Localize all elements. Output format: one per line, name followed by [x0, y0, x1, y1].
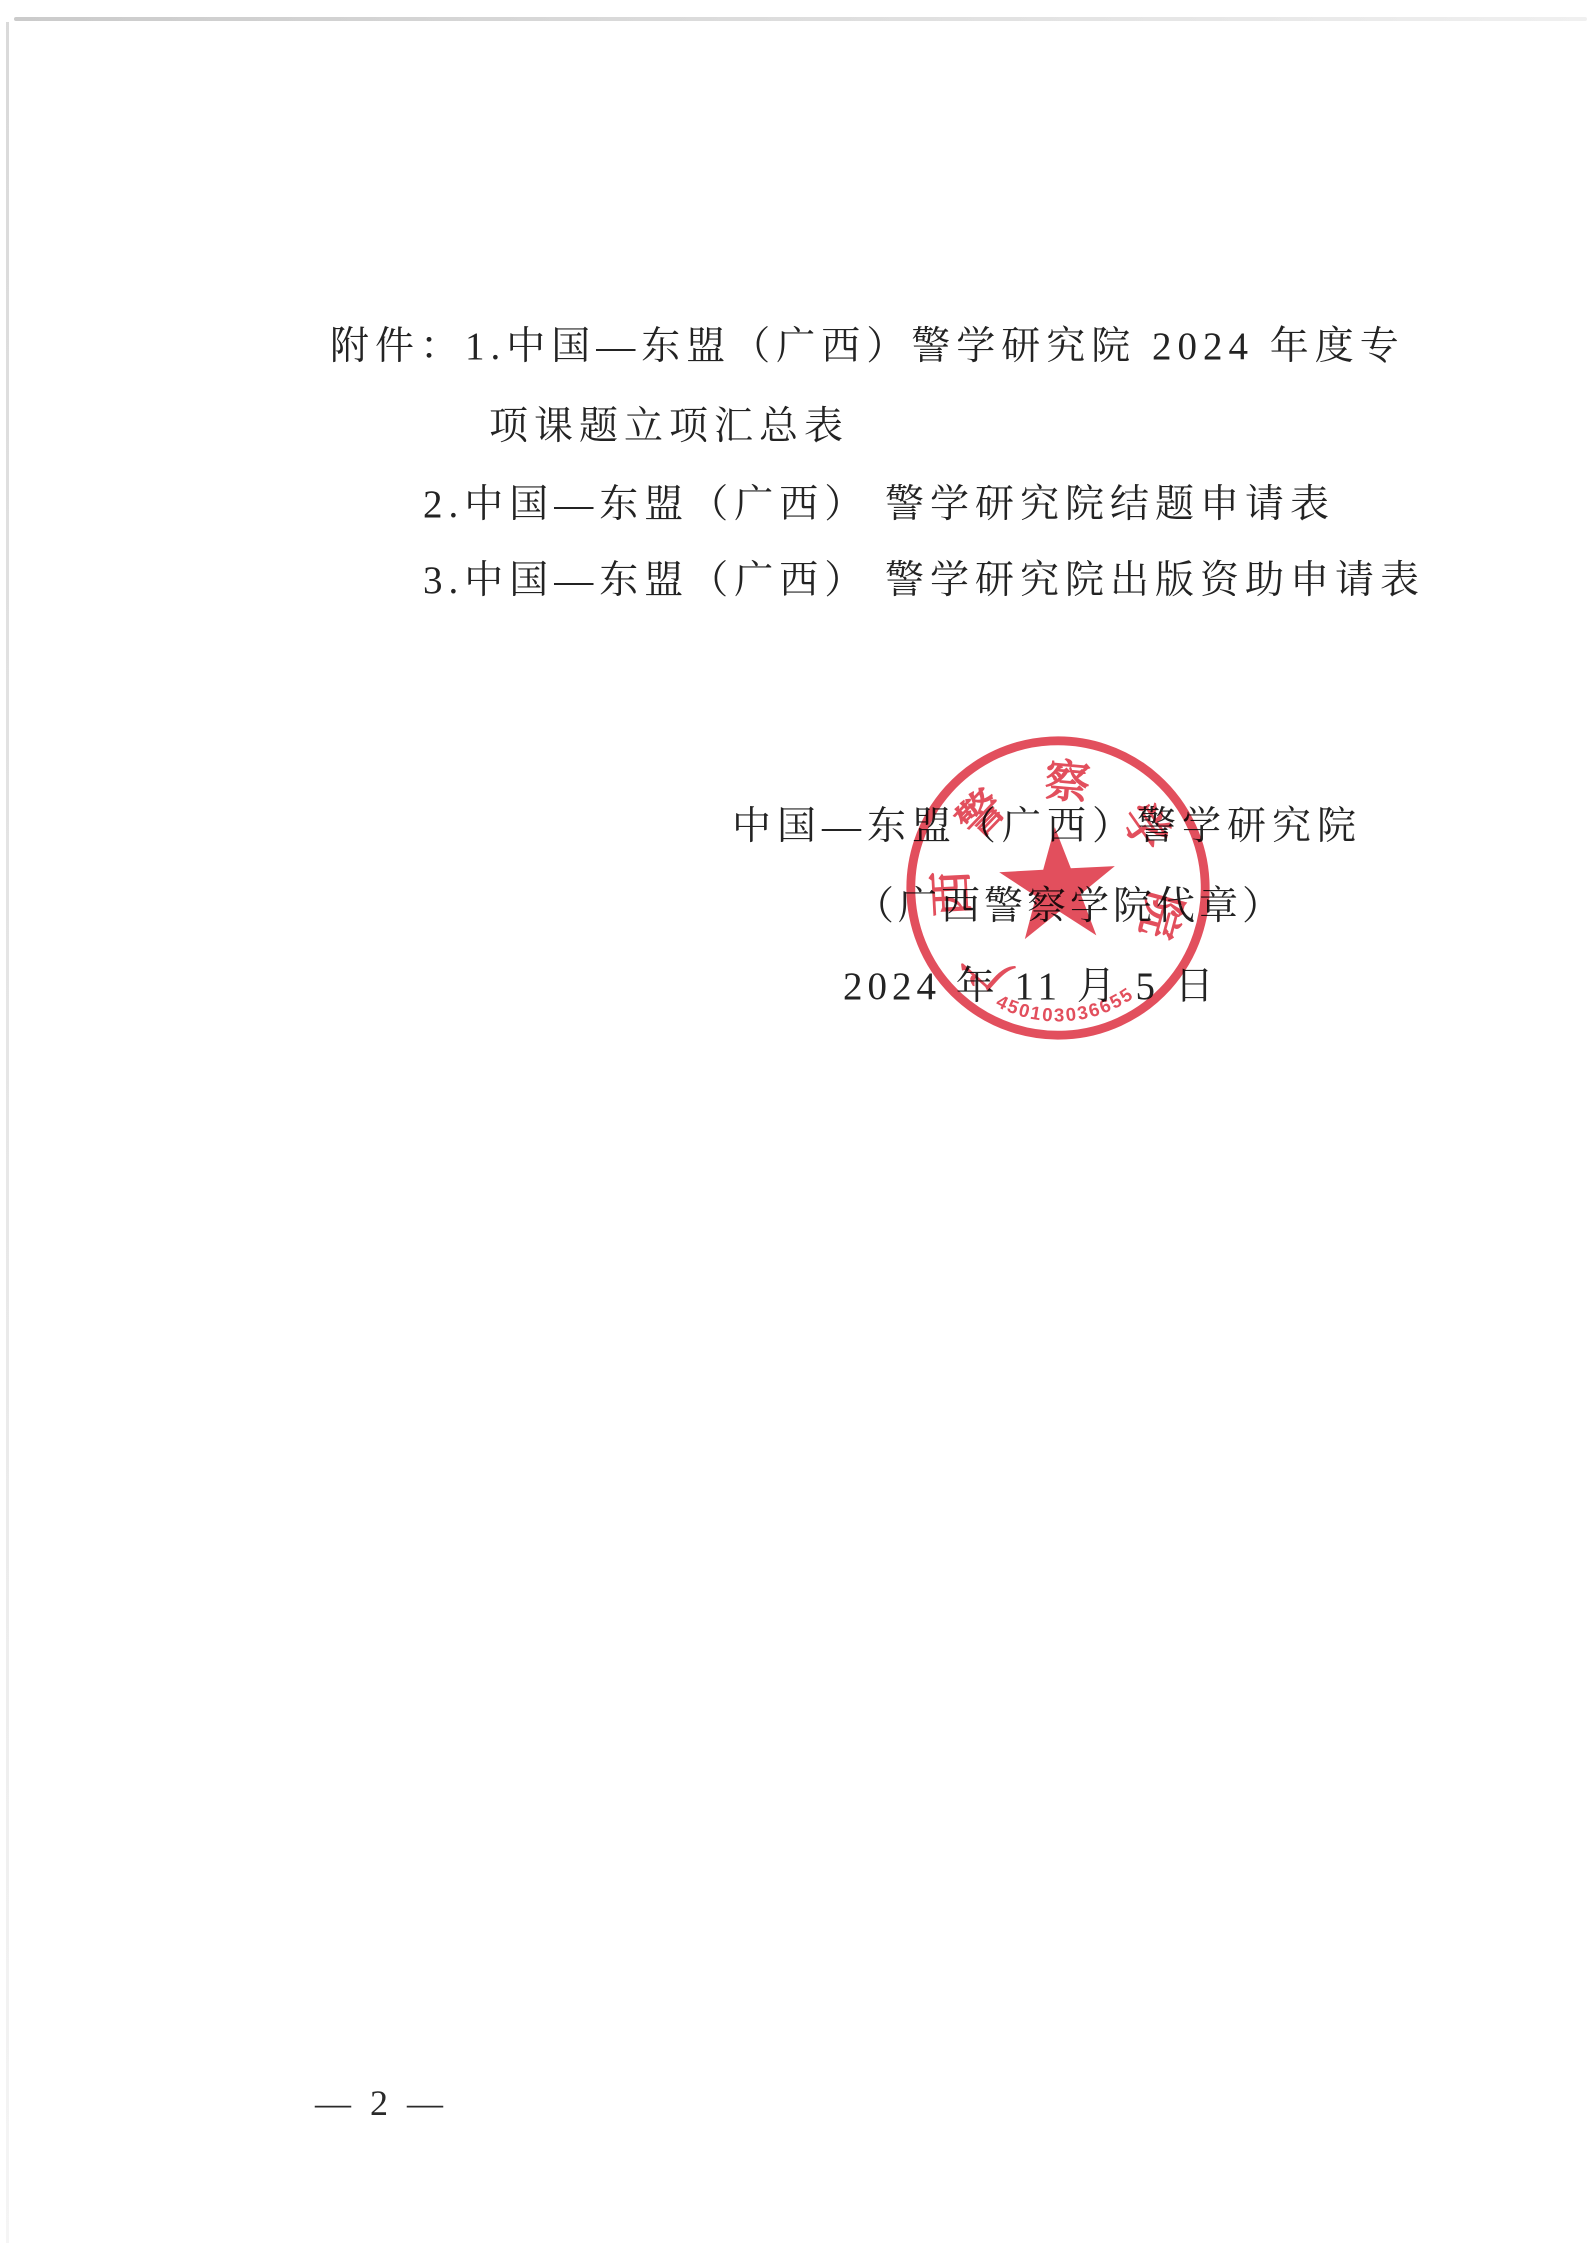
- seal-ring-char: 院: [1130, 887, 1190, 944]
- seal-ring-char: 学: [1111, 794, 1178, 860]
- seal-ring-char: 警: [948, 781, 1015, 848]
- scan-edge-artifact-top: [14, 17, 1587, 21]
- page-number: — 2 —: [315, 2085, 448, 2121]
- attachment-list-line-3: 2.中国—东盟（广西） 警学研究院结题申请表: [423, 485, 1335, 524]
- scanned-document-page: 附件：1.中国—东盟（广西）警学研究院 2024 年度专 项课题立项汇总表 2.…: [0, 0, 1587, 2243]
- seal-ring-char: 广: [954, 933, 1021, 1000]
- scan-edge-artifact-left: [6, 22, 9, 2243]
- seal-ring-char: 西: [926, 870, 978, 918]
- seal-ring-char: 察: [1043, 756, 1092, 810]
- official-seal-stamp: 广 西 警 察 学 院 4501030366558: [893, 723, 1223, 1053]
- attachment-list-line-2: 项课题立项汇总表: [489, 407, 849, 446]
- attachment-list-line-1: 附件：1.中国—东盟（广西）警学研究院 2024 年度专: [330, 327, 1405, 366]
- attachment-list-line-4: 3.中国—东盟（广西） 警学研究院出版资助申请表: [423, 561, 1425, 600]
- seal-star-icon: [997, 824, 1118, 940]
